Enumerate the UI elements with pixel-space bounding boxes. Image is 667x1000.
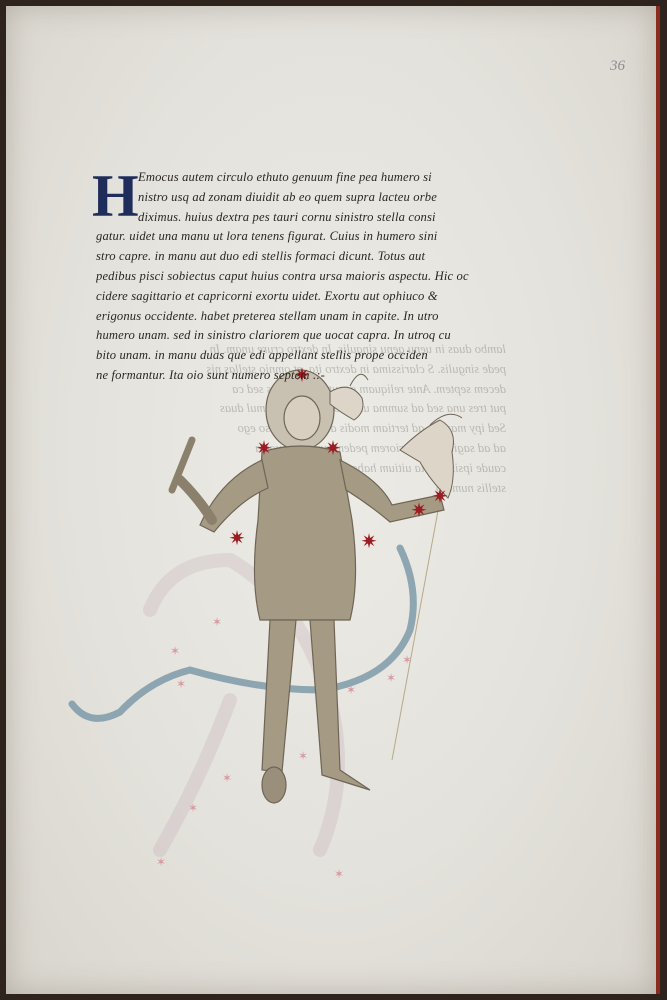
text-line: bito unam. in manu duas que edi appellan… xyxy=(96,346,516,366)
auriga-illustration: ✶✶✶ ✶✶✶ ✶✶✶ ✶✶✶ xyxy=(0,0,667,1000)
svg-text:✶: ✶ xyxy=(188,801,198,815)
text-line: erigonus occidente. habet preterea stell… xyxy=(96,307,516,327)
text-line: cidere sagittario et capricorni exortu u… xyxy=(96,287,516,307)
text-line: humero unam. sed in sinistro clariorem q… xyxy=(96,326,516,346)
svg-text:✶: ✶ xyxy=(156,855,166,869)
text-line: gatur. uidet una manu ut lora tenens fig… xyxy=(96,227,516,247)
svg-text:✶: ✶ xyxy=(386,671,396,685)
text-line: pedibus pisci sobiectus caput huius cont… xyxy=(96,267,516,287)
manuscript-photo: 36 lambo duas in uenu genu singulis. In … xyxy=(0,0,667,1000)
text-line: stro capre. in manu aut duo edi stellis … xyxy=(96,247,516,267)
text-line: diximus. huius dextra pes tauri cornu si… xyxy=(96,208,516,228)
text-line: nistro usq ad zonam diuidit ab eo quem s… xyxy=(96,188,516,208)
main-text-block: H Emocus autem circulo ethuto genuum fin… xyxy=(96,168,516,386)
svg-text:✶: ✶ xyxy=(170,644,180,658)
star-hand-1-icon: ✷ xyxy=(411,498,428,522)
decorated-initial: H xyxy=(92,166,139,226)
svg-text:✶: ✶ xyxy=(298,749,308,763)
svg-text:✶: ✶ xyxy=(212,615,222,629)
star-left-shoulder-icon: ✷ xyxy=(325,436,342,460)
svg-text:✶: ✶ xyxy=(334,867,344,881)
text-line: Emocus autem circulo ethuto genuum fine … xyxy=(96,168,516,188)
star-right-shoulder-icon: ✷ xyxy=(256,436,273,460)
svg-text:✶: ✶ xyxy=(176,677,186,691)
star-right-elbow-icon: ✷ xyxy=(229,526,246,550)
svg-text:✶: ✶ xyxy=(222,771,232,785)
star-left-elbow-icon: ✷ xyxy=(361,529,378,553)
text-line: ne formantur. Ita oio sunt numero septem… xyxy=(96,366,516,386)
star-hand-2-icon: ✷ xyxy=(432,484,449,508)
staff-line xyxy=(392,500,440,760)
